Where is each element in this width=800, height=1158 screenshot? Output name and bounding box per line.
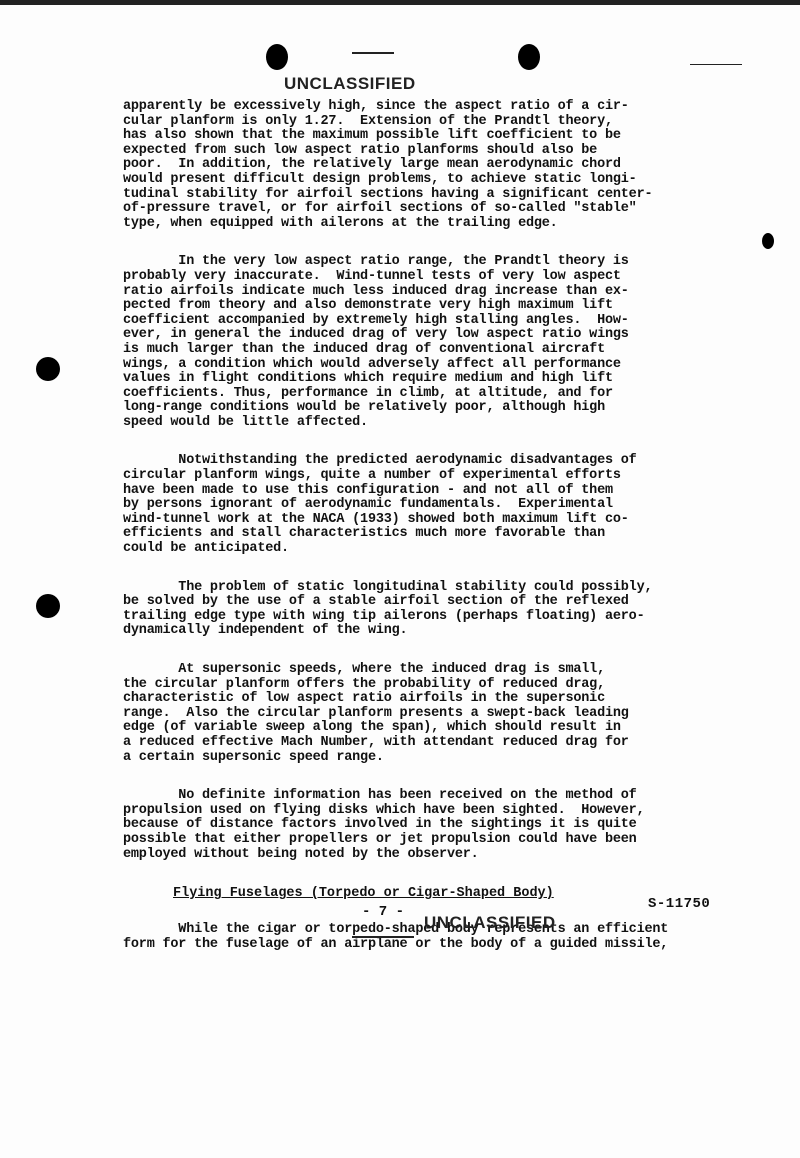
paragraph: At supersonic speeds, where the induced …	[123, 663, 743, 765]
punch-hole-top-left	[266, 44, 288, 70]
paragraph: apparently be excessively high, since th…	[123, 100, 743, 231]
scan-mark	[352, 52, 394, 54]
scan-mark	[352, 936, 414, 938]
document-code: S-11750	[648, 896, 710, 912]
punch-hole-right	[762, 233, 774, 249]
punch-hole-left-upper	[36, 357, 60, 381]
classification-stamp-top: UNCLASSIFIED	[284, 74, 416, 94]
scan-top-edge	[0, 0, 800, 5]
paragraph: No definite information has been receive…	[123, 789, 743, 862]
page-number: - 7 -	[362, 904, 404, 920]
punch-hole-top-right	[518, 44, 540, 70]
document-body: apparently be excessively high, since th…	[123, 100, 743, 976]
classification-stamp-bottom: UNCLASSIFIED	[424, 913, 556, 933]
paragraph: Notwithstanding the predicted aerodynami…	[123, 454, 743, 556]
paragraph: The problem of static longitudinal stabi…	[123, 581, 743, 639]
scan-mark	[690, 64, 742, 65]
punch-hole-left-lower	[36, 594, 60, 618]
paragraph: In the very low aspect ratio range, the …	[123, 255, 743, 430]
